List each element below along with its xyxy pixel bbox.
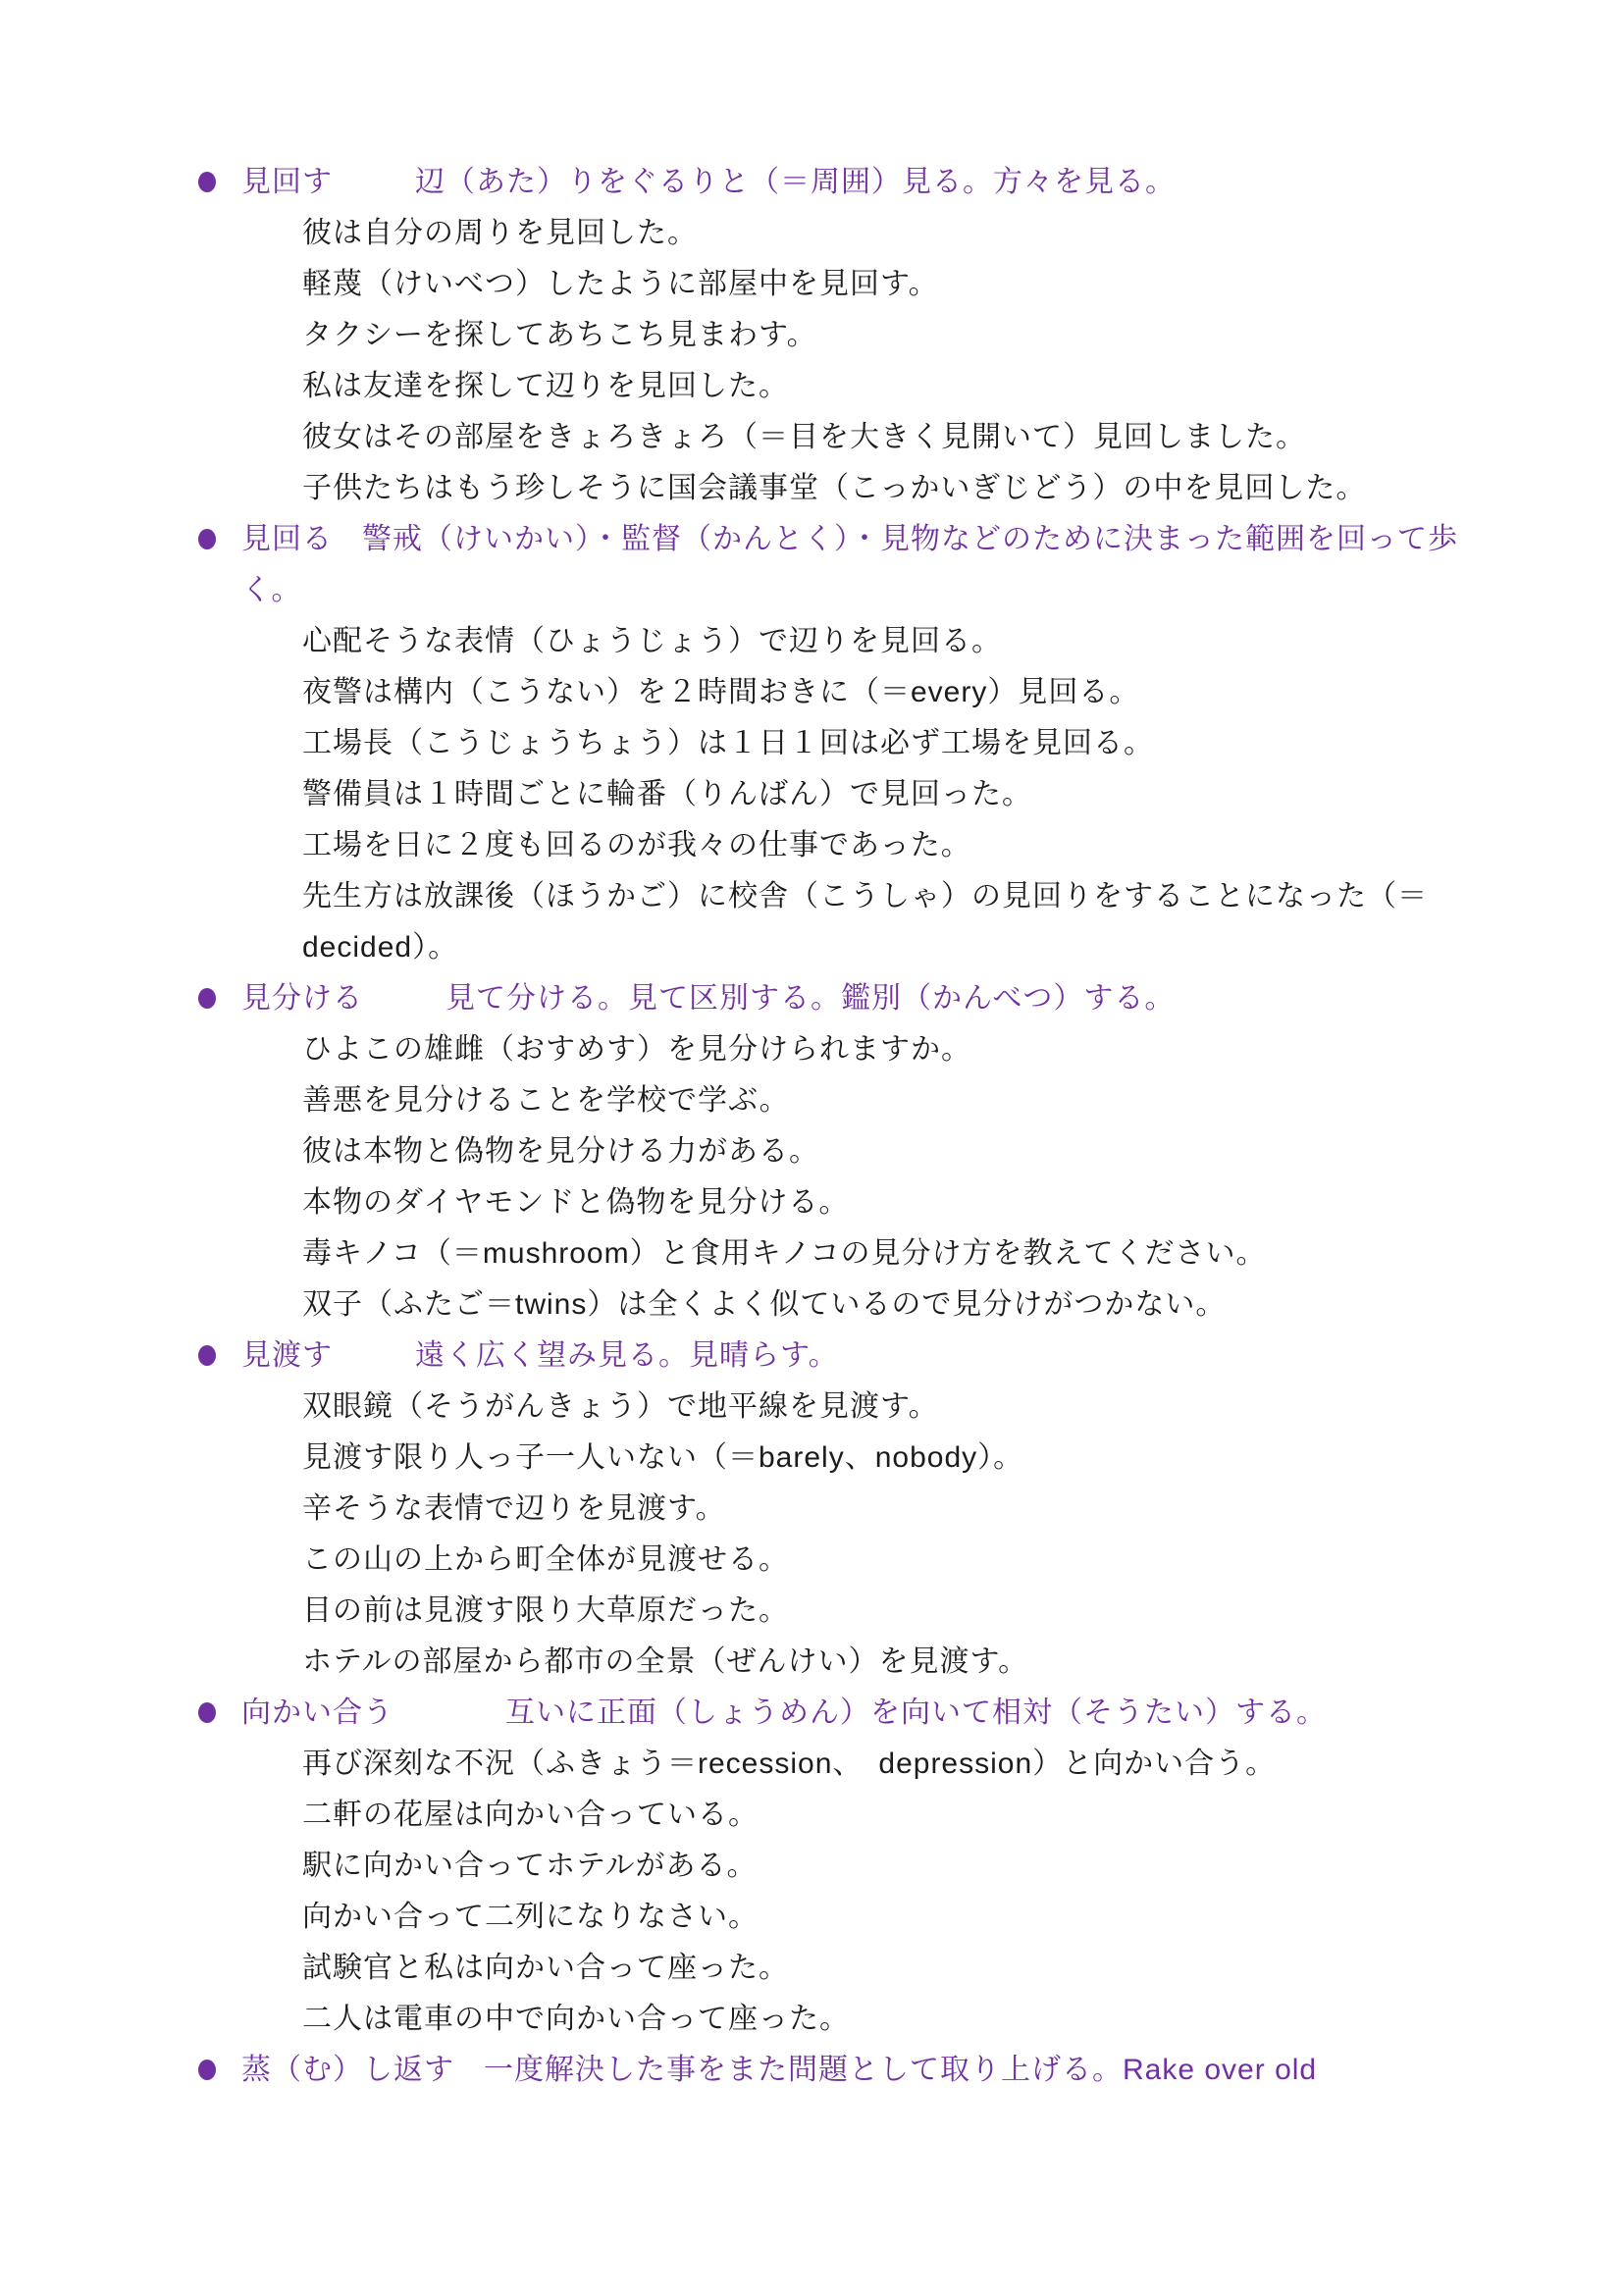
- vocab-entry: 見回る警戒（けいかい）・監督（かんとく）・見物などのために決まった範囲を回って歩…: [241, 514, 1459, 973]
- example-sentence: 見渡す限り人っ子一人いない（＝barely、nobody）。: [302, 1433, 1459, 1484]
- example-sentence: この山の上から町全体が見渡せる。: [302, 1535, 1459, 1586]
- vocab-entry: 見回す辺（あた）りをぐるりと（＝周囲）見る。方々を見る。 彼は自分の周りを見回し…: [241, 157, 1459, 514]
- example-sentence: ひよこの雄雌（おすめす）を見分けられますか。: [302, 1024, 1459, 1075]
- vocab-entry: 見渡す遠く広く望み見る。見晴らす。 双眼鏡（そうがんきょう）で地平線を見渡す。 …: [241, 1331, 1459, 1688]
- example-sentence: 夜警は構内（こうない）を２時間おきに（＝every）見回る。: [302, 667, 1459, 718]
- headword: 見分ける: [241, 982, 363, 1015]
- entry-headline: 蒸（む）し返す一度解決した事をまた問題として取り上げる。Rake over ol…: [241, 2045, 1459, 2096]
- example-sentence: 目の前は見渡す限り大草原だった。: [302, 1586, 1459, 1637]
- example-sentence: 警備員は１時間ごとに輪番（りんばん）で見回った。: [302, 769, 1459, 820]
- example-sentence: 子供たちはもう珍しそうに国会議事堂（こっかいぎじどう）の中を見回した。: [302, 463, 1459, 514]
- definition: 警戒（けいかい）・監督（かんとく）・見物などのために決まった範囲を回って歩く。: [241, 523, 1458, 606]
- headword-gap: [393, 1721, 505, 1722]
- headword: 見回す: [241, 166, 333, 198]
- vocab-entry: 見分ける見て分ける。見て区別する。鑑別（かんべつ）する。 ひよこの雄雌（おすめす…: [241, 973, 1459, 1331]
- bullet-icon: [198, 988, 216, 1009]
- entry-headline: 見回す辺（あた）りをぐるりと（＝周囲）見る。方々を見る。: [241, 157, 1459, 208]
- example-sentence: 私は友達を探して辺りを見回した。: [302, 361, 1459, 412]
- example-sentence: 辛そうな表情で辺りを見渡す。: [302, 1484, 1459, 1535]
- bullet-icon: [198, 2060, 216, 2080]
- example-sentence: ホテルの部屋から都市の全景（ぜんけい）を見渡す。: [302, 1637, 1459, 1688]
- example-sentence: 向かい合って二列になりなさい。: [302, 1892, 1459, 1943]
- example-sentence: 彼は本物と偽物を見分ける力がある。: [302, 1126, 1459, 1177]
- entry-headline: 見渡す遠く広く望み見る。見晴らす。: [241, 1331, 1459, 1382]
- example-sentence: 本物のダイヤモンドと偽物を見分ける。: [302, 1177, 1459, 1228]
- example-sentence: 二人は電車の中で向かい合って座った。: [302, 1994, 1459, 2045]
- entry-headline: 見回る警戒（けいかい）・監督（かんとく）・見物などのために決まった範囲を回って歩…: [241, 514, 1459, 616]
- definition: 見て分ける。見て区別する。鑑別（かんべつ）する。: [445, 982, 1175, 1015]
- definition: 互いに正面（しょうめん）を向いて相対（そうたい）する。: [505, 1696, 1327, 1729]
- example-sentence: 心配そうな表情（ひょうじょう）で辺りを見回る。: [302, 616, 1459, 667]
- entry-headline: 見分ける見て分ける。見て区別する。鑑別（かんべつ）する。: [241, 973, 1459, 1024]
- example-sentence: 二軒の花屋は向かい合っている。: [302, 1790, 1459, 1841]
- headword-gap: [333, 548, 362, 548]
- headword-gap: [363, 1007, 445, 1008]
- example-sentence: 軽蔑（けいべつ）したように部屋中を見回す。: [302, 259, 1459, 310]
- bullet-icon: [198, 529, 216, 549]
- example-sentence: 先生方は放課後（ほうかご）に校舎（こうしゃ）の見回りをすることになった（＝dec…: [302, 871, 1459, 973]
- example-list: 再び深刻な不況（ふきょう＝recession、 depression）と向かい合…: [302, 1739, 1459, 2045]
- example-list: ひよこの雄雌（おすめす）を見分けられますか。 善悪を見分けることを学校で学ぶ。 …: [302, 1024, 1459, 1331]
- bullet-icon: [198, 1345, 216, 1366]
- example-sentence: 工場を日に２度も回るのが我々の仕事であった。: [302, 820, 1459, 871]
- vocab-entry: 向かい合う互いに正面（しょうめん）を向いて相対（そうたい）する。 再び深刻な不況…: [241, 1688, 1459, 2045]
- headword: 蒸（む）し返す: [241, 2054, 454, 2086]
- definition: 辺（あた）りをぐるりと（＝周囲）見る。方々を見る。: [415, 166, 1176, 198]
- example-list: 心配そうな表情（ひょうじょう）で辺りを見回る。 夜警は構内（こうない）を２時間お…: [302, 616, 1459, 973]
- example-sentence: 工場長（こうじょうちょう）は１日１回は必ず工場を見回る。: [302, 718, 1459, 769]
- example-sentence: 駅に向かい合ってホテルがある。: [302, 1841, 1459, 1892]
- bullet-icon: [198, 1702, 216, 1723]
- vocab-entry: 蒸（む）し返す一度解決した事をまた問題として取り上げる。Rake over ol…: [241, 2045, 1459, 2096]
- example-sentence: 善悪を見分けることを学校で学ぶ。: [302, 1075, 1459, 1126]
- headword: 見渡す: [241, 1339, 333, 1372]
- example-sentence: 試験官と私は向かい合って座った。: [302, 1943, 1459, 1994]
- example-sentence: 再び深刻な不況（ふきょう＝recession、 depression）と向かい合…: [302, 1739, 1459, 1790]
- example-sentence: 毒キノコ（＝mushroom）と食用キノコの見分け方を教えてください。: [302, 1228, 1459, 1279]
- headword: 向かい合う: [241, 1696, 393, 1729]
- headword-gap: [333, 1364, 415, 1365]
- vocab-document: 見回す辺（あた）りをぐるりと（＝周囲）見る。方々を見る。 彼は自分の周りを見回し…: [0, 0, 1624, 2096]
- example-sentence: 彼女はその部屋をきょろきょろ（＝目を大きく見開いて）見回しました。: [302, 412, 1459, 463]
- definition: 一度解決した事をまた問題として取り上げる。Rake over old: [484, 2054, 1317, 2086]
- headword-gap: [333, 190, 415, 191]
- bullet-icon: [198, 172, 216, 192]
- entry-headline: 向かい合う互いに正面（しょうめん）を向いて相対（そうたい）する。: [241, 1688, 1459, 1739]
- example-sentence: 双子（ふたご＝twins）は全くよく似ているので見分けがつかない。: [302, 1279, 1459, 1331]
- example-sentence: 双眼鏡（そうがんきょう）で地平線を見渡す。: [302, 1382, 1459, 1433]
- example-list: 彼は自分の周りを見回した。 軽蔑（けいべつ）したように部屋中を見回す。 タクシー…: [302, 208, 1459, 514]
- example-list: 双眼鏡（そうがんきょう）で地平線を見渡す。 見渡す限り人っ子一人いない（＝bar…: [302, 1382, 1459, 1688]
- example-sentence: 彼は自分の周りを見回した。: [302, 208, 1459, 259]
- headword: 見回る: [241, 523, 333, 555]
- example-sentence: タクシーを探してあちこち見まわす。: [302, 310, 1459, 361]
- definition: 遠く広く望み見る。見晴らす。: [415, 1339, 839, 1372]
- headword-gap: [454, 2078, 484, 2079]
